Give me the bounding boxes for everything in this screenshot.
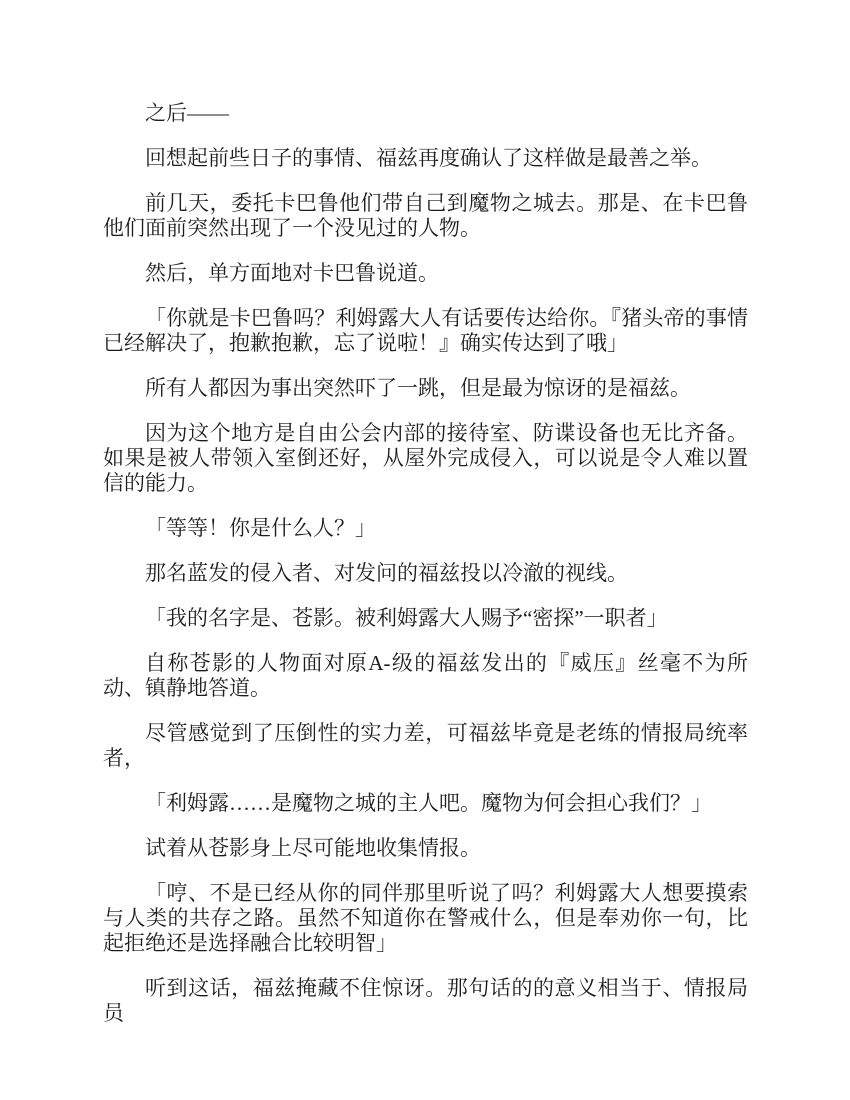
- paragraph: 试着从苍影身上尽可能地收集情报。: [103, 836, 748, 861]
- paragraph: 然后，单方面地对卡巴鲁说道。: [103, 261, 748, 286]
- paragraph: 之后——: [103, 101, 748, 126]
- paragraph-dialogue: 「利姆露……是魔物之城的主人吧。魔物为何会担心我们？」: [103, 791, 748, 816]
- paragraph: 那名蓝发的侵入者、对发问的福兹投以冷澈的视线。: [103, 561, 748, 586]
- paragraph: 因为这个地方是自由公会内部的接待室、防谍设备也无比齐备。如果是被人带领入室倒还好…: [103, 421, 748, 496]
- text-block: 之后—— 回想起前些日子的事情、福兹再度确认了这样做是最善之举。 前几天，委托卡…: [103, 101, 748, 1026]
- paragraph-dialogue: 「哼、不是已经从你的同伴那里听说了吗？利姆露大人想要摸索与人类的共存之路。虽然不…: [103, 881, 748, 956]
- paragraph: 尽管感觉到了压倒性的实力差，可福兹毕竟是老练的情报局统率者，: [103, 721, 748, 771]
- paragraph-dialogue: 「等等！你是什么人？」: [103, 516, 748, 541]
- paragraph: 所有人都因为事出突然吓了一跳，但是最为惊讶的是福兹。: [103, 376, 748, 401]
- paragraph: 回想起前些日子的事情、福兹再度确认了这样做是最善之举。: [103, 146, 748, 171]
- paragraph: 自称苍影的人物面对原A-级的福兹发出的『威压』丝毫不为所动、镇静地答道。: [103, 651, 748, 701]
- paragraph-dialogue: 「你就是卡巴鲁吗？利姆露大人有话要传达给你。『猪头帝的事情已经解决了，抱歉抱歉，…: [103, 306, 748, 356]
- paragraph-dialogue: 「我的名字是、苍影。被利姆露大人赐予“密探”一职者」: [103, 606, 748, 631]
- novel-document-page: 之后—— 回想起前些日子的事情、福兹再度确认了这样做是最善之举。 前几天，委托卡…: [0, 0, 850, 1100]
- paragraph: 前几天，委托卡巴鲁他们带自己到魔物之城去。那是、在卡巴鲁他们面前突然出现了一个没…: [103, 191, 748, 241]
- paragraph: 听到这话，福兹掩藏不住惊讶。那句话的的意义相当于、情报局员: [103, 976, 748, 1026]
